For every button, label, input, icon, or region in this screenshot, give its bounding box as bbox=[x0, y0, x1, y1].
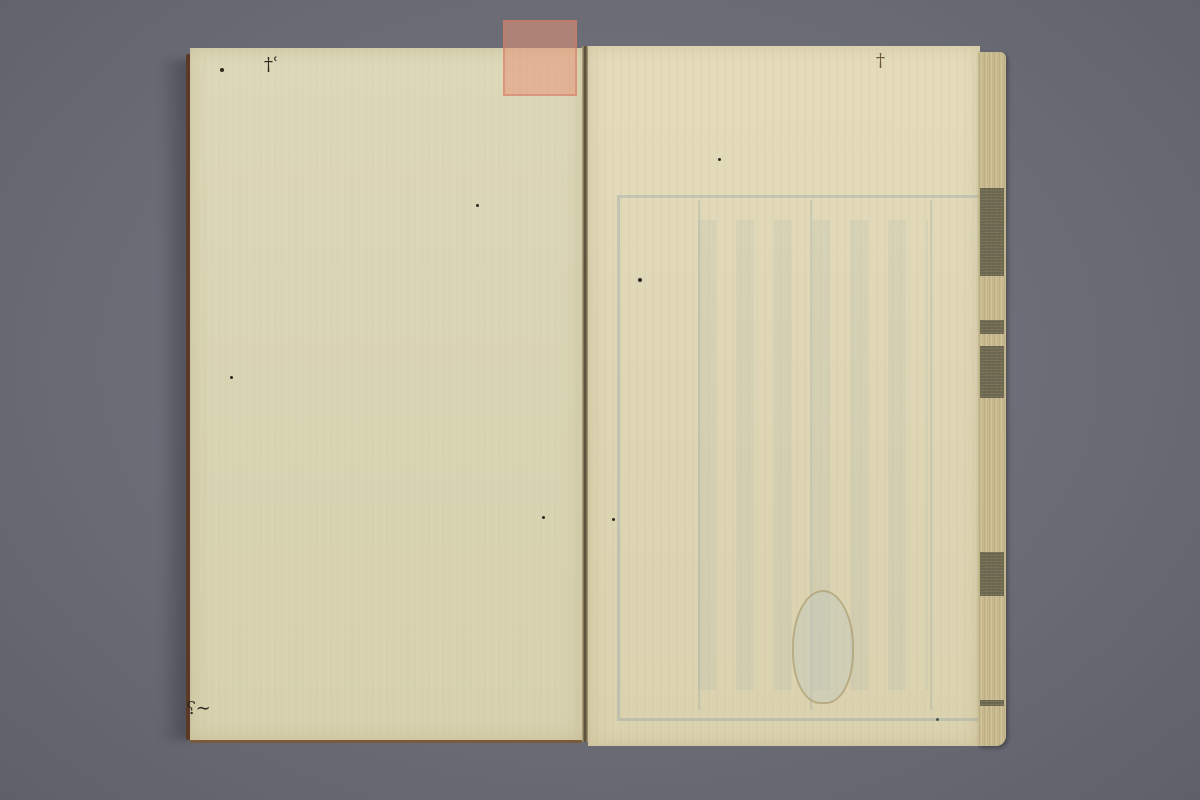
fore-edge bbox=[978, 52, 1006, 746]
ink-mark-bottom-left: ⸮∼ bbox=[186, 698, 211, 719]
ink-dot bbox=[718, 158, 721, 161]
fore-edge-mark bbox=[980, 346, 1004, 398]
column-line bbox=[930, 200, 932, 710]
ink-dot bbox=[220, 68, 224, 72]
left-page: †ʿ ⸮∼ bbox=[190, 48, 582, 743]
fore-edge-mark bbox=[980, 188, 1004, 276]
ink-mark-top-left: †ʿ bbox=[264, 54, 279, 75]
open-book: †ʿ ⸮∼ † bbox=[0, 0, 1200, 800]
fore-edge-mark bbox=[980, 320, 1004, 334]
fore-edge-mark bbox=[980, 552, 1004, 596]
column-line bbox=[698, 200, 700, 710]
ink-dot bbox=[230, 376, 233, 379]
ink-dot bbox=[476, 204, 479, 207]
ink-dot bbox=[612, 518, 615, 521]
repair-patch bbox=[792, 590, 854, 704]
ink-mark-top-right: † bbox=[876, 50, 885, 71]
red-seal-stamp bbox=[503, 20, 577, 96]
fore-edge-mark bbox=[980, 700, 1004, 706]
ink-dot bbox=[542, 516, 545, 519]
